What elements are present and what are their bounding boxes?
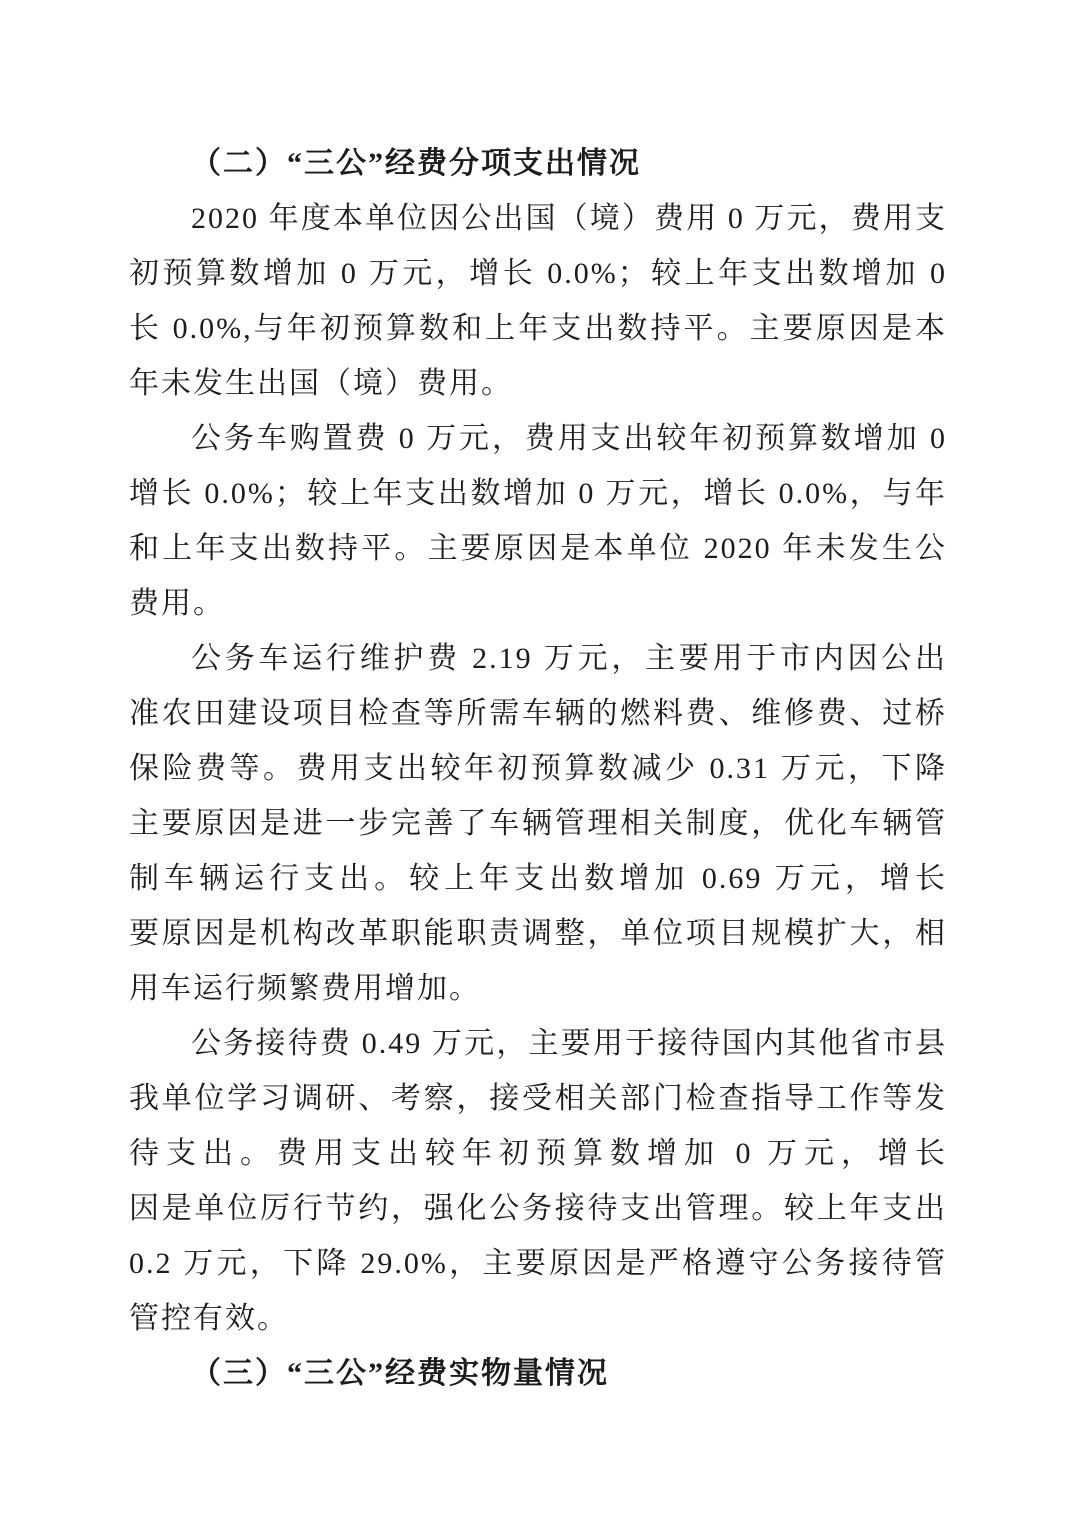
text-line: 公务车购置费 0 万元，费用支出较年初预算数增加 0 万元， — [129, 411, 947, 466]
text-line: 初预算数增加 0 万元，增长 0.0%；较上年支出数增加 0 万元，增 — [129, 246, 947, 301]
text-line: 0.2 万元，下降 29.0%，主要原因是严格遵守公务接待管理规定， — [129, 1236, 947, 1291]
paragraph-vehicle-operation: 公务车运行维护费 2.19 万元，主要用于市内因公出行、高标 准农田建设项目检查… — [129, 631, 947, 1016]
text-line: 制车辆运行支出。较上年支出数增加 0.69 万元，增长 46.0%，主 — [129, 851, 947, 906]
text-line: 用车运行频繁费用增加。 — [129, 961, 947, 1016]
paragraph-official-reception: 公务接待费 0.49 万元，主要用于接待国内其他省市县单位到 我单位学习调研、考… — [129, 1016, 947, 1346]
text-line: 准农田建设项目检查等所需车辆的燃料费、维修费、过桥过路费、 — [129, 686, 947, 741]
text-line: 增长 0.0%；较上年支出数增加 0 万元，增长 0.0%，与年初预算数 — [129, 466, 947, 521]
text-line: 我单位学习调研、考察，接受相关部门检查指导工作等发生的接 — [129, 1071, 947, 1126]
text-line: 年未发生出国（境）费用。 — [129, 356, 947, 411]
text-line: 2020 年度本单位因公出国（境）费用 0 万元，费用支出较年 — [129, 191, 947, 246]
text-line: 公务接待费 0.49 万元，主要用于接待国内其他省市县单位到 — [129, 1016, 947, 1071]
text-line: 待支出。费用支出较年初预算数增加 0 万元，增长 0.0%，主要原 — [129, 1126, 947, 1181]
text-line: 因是单位厉行节约，强化公务接待支出管理。较上年支出数减少 — [129, 1181, 947, 1236]
text-line: 费用。 — [129, 576, 947, 631]
paragraph-vehicle-purchase: 公务车购置费 0 万元，费用支出较年初预算数增加 0 万元， 增长 0.0%；较… — [129, 411, 947, 631]
text-line: 公务车运行维护费 2.19 万元，主要用于市内因公出行、高标 — [129, 631, 947, 686]
text-line: 要原因是机构改革职能职责调整，单位项目规模扩大，相应公务 — [129, 906, 947, 961]
document-body: （二）“三公”经费分项支出情况 2020 年度本单位因公出国（境）费用 0 万元… — [129, 136, 947, 1401]
document-page: （二）“三公”经费分项支出情况 2020 年度本单位因公出国（境）费用 0 万元… — [0, 0, 1074, 1520]
text-line: 主要原因是进一步完善了车辆管理相关制度，优化车辆管理，控 — [129, 796, 947, 851]
text-line: 管控有效。 — [129, 1291, 947, 1346]
heading-section-2: （二）“三公”经费分项支出情况 — [129, 136, 947, 191]
heading-section-3: （三）“三公”经费实物量情况 — [129, 1346, 947, 1401]
paragraph-overseas-trips: 2020 年度本单位因公出国（境）费用 0 万元，费用支出较年 初预算数增加 0… — [129, 191, 947, 411]
text-line: 和上年支出数持平。主要原因是本单位 2020 年未发生公务车购置 — [129, 521, 947, 576]
text-line: 长 0.0%,与年初预算数和上年支出数持平。主要原因是本单位 2020 — [129, 301, 947, 356]
text-line: 保险费等。费用支出较年初预算数减少 0.31 万元，下降 12.4%， — [129, 741, 947, 796]
